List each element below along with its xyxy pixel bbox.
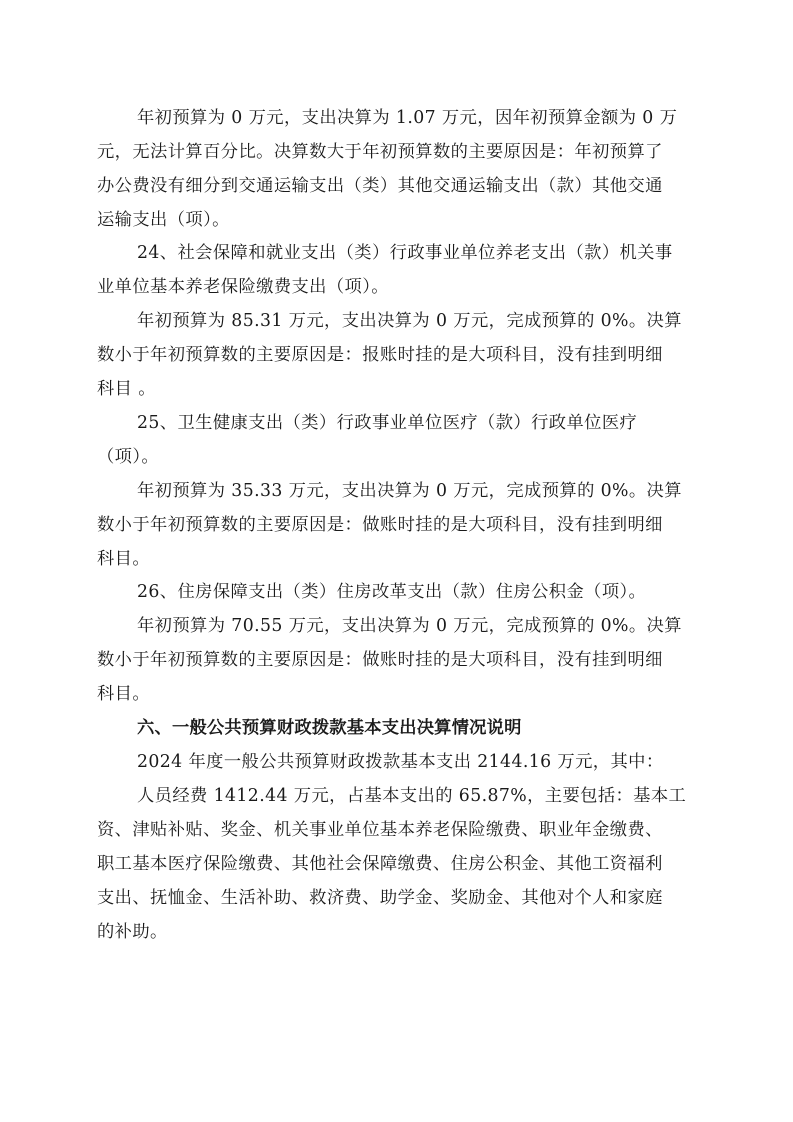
paragraph-line: 数小于年初预算数的主要原因是：做账时挂的是大项科目，没有挂到明细 xyxy=(97,508,697,542)
paragraph-line: 数小于年初预算数的主要原因是：报账时挂的是大项科目，没有挂到明细 xyxy=(97,338,697,372)
paragraph-line: 科目 。 xyxy=(97,372,697,406)
paragraph-line: 资、津贴补贴、奖金、机关事业单位基本养老保险缴费、职业年金缴费、 xyxy=(97,813,697,847)
paragraph-line: 支出、抚恤金、生活补助、救济费、助学金、奖励金、其他对个人和家庭 xyxy=(97,881,697,915)
paragraph-line: 年初预算为 70.55 万元，支出决算为 0 万元，完成预算的 0%。决算 xyxy=(137,609,697,643)
paragraph-line: 数小于年初预算数的主要原因是：做账时挂的是大项科目，没有挂到明细 xyxy=(97,643,697,677)
paragraph-line: 办公费没有细分到交通运输支出（类）其他交通运输支出（款）其他交通 xyxy=(97,169,697,203)
item-25-title: （项）。 xyxy=(97,440,697,474)
item-25-title: 25、卫生健康支出（类）行政事业单位医疗（款）行政单位医疗 xyxy=(137,406,697,440)
section-heading: 六、一般公共预算财政拨款基本支出决算情况说明 xyxy=(137,711,697,745)
paragraph-line: 的补助。 xyxy=(97,915,697,949)
paragraph-line: 年初预算为 35.33 万元，支出决算为 0 万元，完成预算的 0%。决算 xyxy=(137,474,697,508)
document-page: 年初预算为 0 万元，支出决算为 1.07 万元，因年初预算金额为 0 万 元，… xyxy=(0,0,793,1122)
item-24-title: 业单位基本养老保险缴费支出（项）。 xyxy=(97,270,697,304)
paragraph-line: 科目。 xyxy=(97,677,697,711)
item-26-title: 26、住房保障支出（类）住房改革支出（款）住房公积金（项）。 xyxy=(137,575,697,609)
paragraph-line: 年初预算为 0 万元，支出决算为 1.07 万元，因年初预算金额为 0 万 xyxy=(137,101,697,135)
item-24-title: 24、社会保障和就业支出（类）行政事业单位养老支出（款）机关事 xyxy=(137,236,697,270)
paragraph-line: 元，无法计算百分比。决算数大于年初预算数的主要原因是：年初预算了 xyxy=(97,135,697,169)
paragraph-line: 人员经费 1412.44 万元，占基本支出的 65.87%，主要包括：基本工 xyxy=(137,779,697,813)
paragraph-line: 职工基本医疗保险缴费、其他社会保障缴费、住房公积金、其他工资福利 xyxy=(97,847,697,881)
paragraph-line: 运输支出（项）。 xyxy=(97,203,697,237)
paragraph-line: 年初预算为 85.31 万元，支出决算为 0 万元，完成预算的 0%。决算 xyxy=(137,304,697,338)
paragraph-line: 2024 年度一般公共预算财政拨款基本支出 2144.16 万元，其中： xyxy=(137,745,697,779)
paragraph-line: 科目。 xyxy=(97,542,697,576)
